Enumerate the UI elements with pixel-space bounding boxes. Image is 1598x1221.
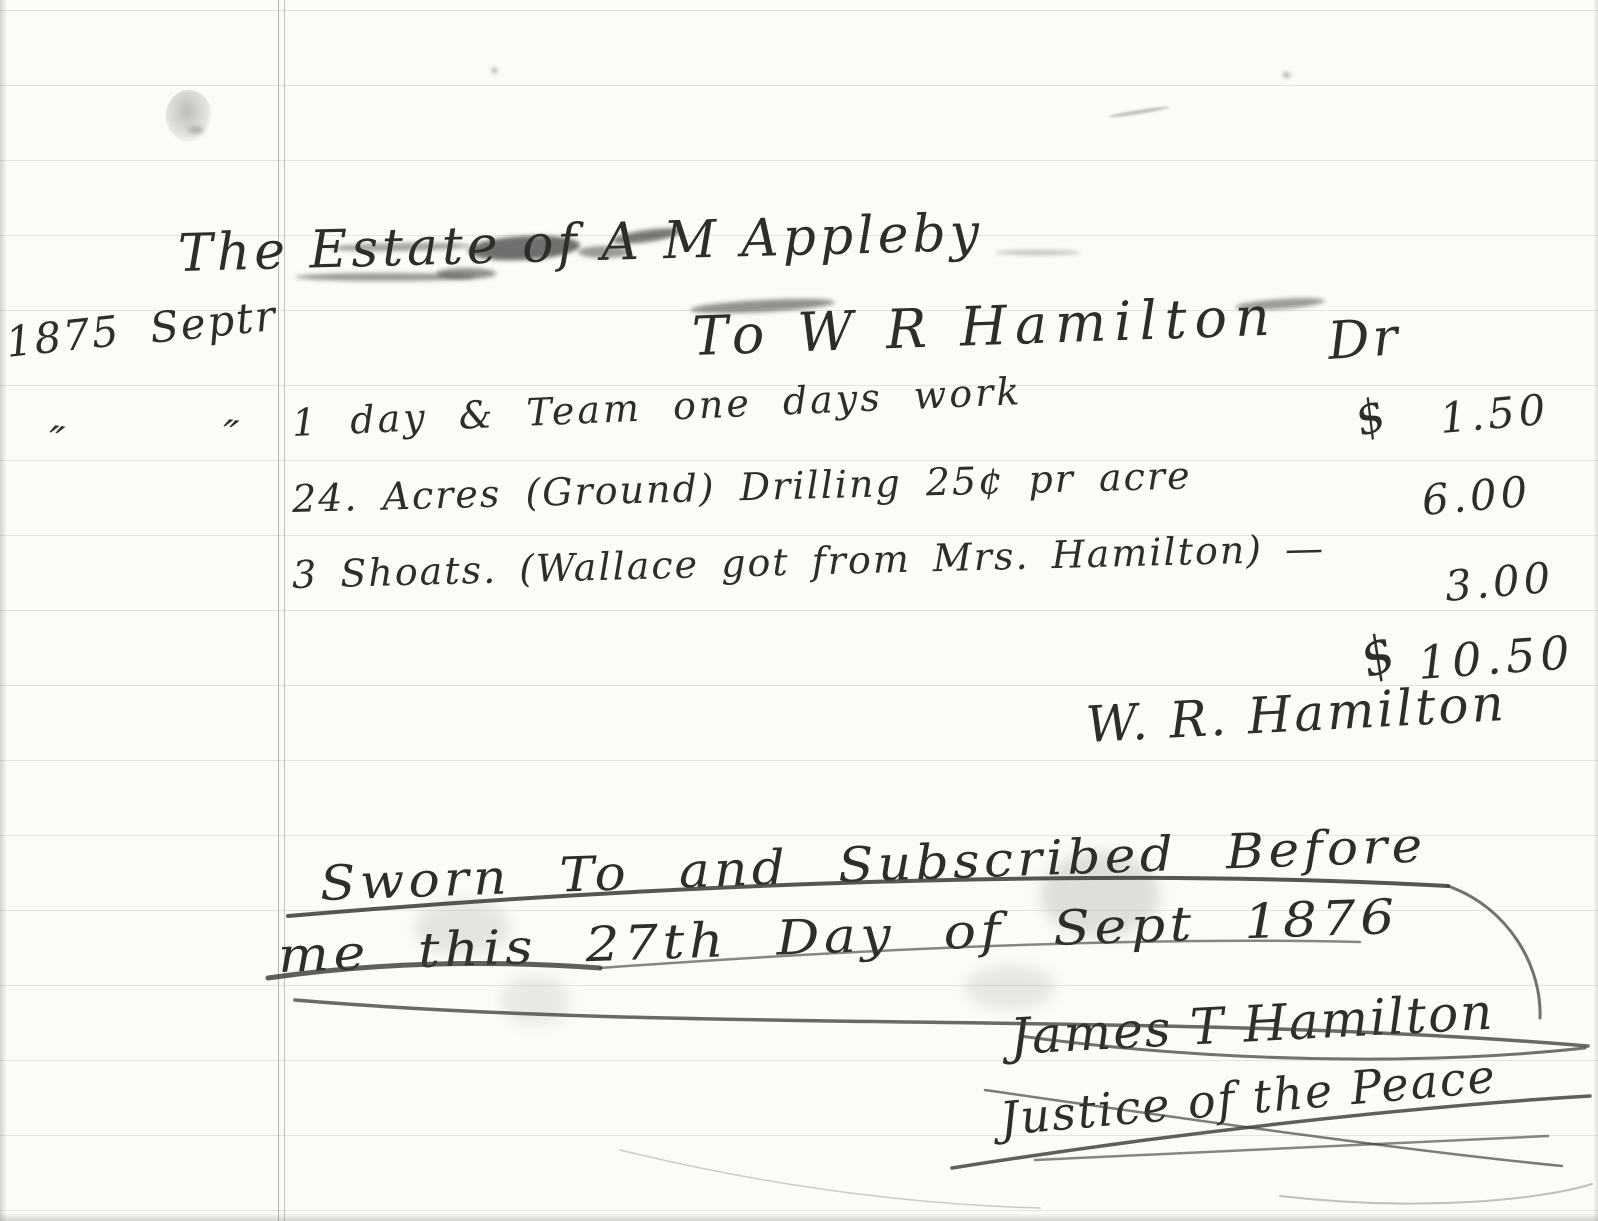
- document-title: The Estate of A M Appleby: [177, 207, 983, 280]
- line-item-amount: 3.00: [1443, 557, 1556, 608]
- margin-double-rule: [278, 0, 285, 1221]
- date-month: Septr: [148, 295, 279, 350]
- pencil-arc: [1280, 1184, 1592, 1204]
- date-year: 1875: [4, 310, 123, 364]
- ditto-mark-year: ″: [45, 420, 66, 464]
- ditto-mark-month: ″: [219, 414, 240, 458]
- strike-justice-3: [1035, 1136, 1548, 1160]
- justice-signature: James T Hamilton: [1009, 987, 1496, 1062]
- scan-edge-right: [1593, 0, 1598, 1221]
- scan-edge-left: [0, 0, 7, 1221]
- line-item-amount: 1.50: [1438, 389, 1551, 440]
- line-item-description: 1 day & Team one days work: [291, 372, 1023, 442]
- scanned-document-page: The Estate of A M Appleby 1875 Septr To …: [0, 0, 1598, 1221]
- ink-wash: [500, 975, 570, 1025]
- scan-edge-bottom: [0, 1213, 1598, 1221]
- claimant-signature: W. R. Hamilton: [1085, 678, 1508, 750]
- paper-stain-edge: [188, 126, 204, 134]
- line-item-amount: 6.00: [1420, 471, 1533, 522]
- ink-dot: [492, 68, 497, 73]
- paper-stain-spot: [166, 90, 212, 142]
- ink-wash: [965, 965, 1055, 1010]
- ink-smudge: [995, 250, 1080, 255]
- debit-abbreviation: Dr: [1326, 311, 1402, 368]
- ink-dot: [1283, 72, 1290, 78]
- line-item-description: 3 Shoats. (Wallace got from Mrs. Hamilto…: [292, 529, 1326, 594]
- justice-title: Justice of the Peace: [998, 1053, 1498, 1142]
- pencil-arc-2: [620, 1150, 1040, 1208]
- currency-sign: $: [1349, 390, 1391, 443]
- line-item-description: 24. Acres (Ground) Drilling 25¢ pr acre: [292, 456, 1192, 518]
- total-currency-sign: $: [1353, 626, 1402, 686]
- pencil-mark: [1108, 105, 1170, 119]
